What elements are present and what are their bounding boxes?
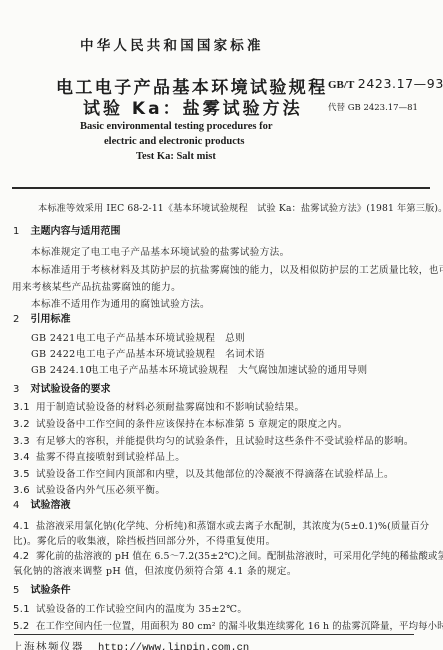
clause-item: 3.3有足够大的容积，并能提供均匀的试验条件，且试验时这些条件不受试验样品的影响… — [13, 433, 414, 447]
section-title: 主题内容与适用范围 — [30, 226, 120, 237]
section-2-heading: 2 引用标准 — [13, 310, 70, 325]
section-number: 5 — [13, 585, 27, 596]
clause-text: 试验设备中工作空间的条件应该保持在本标准第 5 章规定的限度之内。 — [36, 419, 348, 430]
paragraph-continuation: 用来考核某些产品抗盐雾腐蚀的能力。 — [12, 279, 181, 293]
clause-continuation: 氧化钠的溶液来调整 pH 值，但浓度仍须符合第 4.1 条的规定。 — [13, 563, 297, 577]
section-title: 对试验设备的要求 — [30, 384, 110, 395]
reference-item: GB 2422电工电子产品基本环境试验规程 名词术语 — [31, 346, 265, 360]
section-3-heading: 3 对试验设备的要求 — [13, 380, 110, 395]
section-5-heading: 5 试验条件 — [13, 581, 70, 596]
section-4-heading: 4 试验溶液 — [13, 496, 70, 511]
clause-number: 3.1 — [13, 402, 36, 413]
clause-text: 盐雾不得直接喷射到试验样品上。 — [36, 452, 185, 463]
clause-number: 4.2 — [13, 551, 36, 562]
clause-text: 在工作空间内任一位置，用面积为 80 cm² 的漏斗收集连续雾化 16 h 的盐… — [36, 621, 443, 632]
footer: 上海林频仪器http://www,linpin.com.cn — [12, 639, 249, 650]
clause-item: 3.5试验设备工作空间内顶部和内壁，以及其他部位的冷凝液不得滴落在试验样品上。 — [13, 466, 394, 480]
footer-brand: 上海林频仪器 — [12, 641, 84, 650]
clause-item: 3.2试验设备中工作空间的条件应该保持在本标准第 5 章规定的限度之内。 — [13, 416, 348, 430]
clause-text: 试验设备内外气压必须平衡。 — [36, 485, 165, 496]
reference-code: GB 2422 — [31, 349, 76, 360]
reference-title: 电工电子产品基本环境试验规程 总则 — [76, 333, 245, 344]
section-number: 3 — [13, 384, 27, 395]
reference-item: GB 2421电工电子产品基本环境试验规程 总则 — [31, 330, 245, 344]
reference-code: GB 2421 — [31, 333, 76, 344]
issuing-authority: 中华人民共和国国家标准 — [0, 34, 443, 54]
english-title-line-3: Test Ka: Salt mist — [136, 151, 216, 162]
clause-number: 5.2 — [13, 621, 36, 632]
clause-number: 4.1 — [13, 521, 36, 532]
clause-text: 盐溶液采用氯化钠(化学纯、分析纯)和蒸馏水或去离子水配制，其浓度为(5±0.1)… — [36, 521, 429, 532]
paragraph: 本标准不适用作为通用的腐蚀试验方法。 — [31, 296, 210, 310]
clause-number: 3.5 — [13, 469, 36, 480]
section-title: 试验溶液 — [30, 500, 70, 511]
standard-prefix: GB/T — [328, 79, 354, 91]
clause-number: 5.1 — [13, 604, 36, 615]
clause-text: 试验设备工作空间内顶部和内壁，以及其他部位的冷凝液不得滴落在试验样品上。 — [36, 469, 394, 480]
document-title-line-2: 试验 Ka：盐雾试验方法 — [83, 94, 303, 119]
section-number: 4 — [13, 500, 27, 511]
reference-title: 电工电子产品基本环境试验规程 名词术语 — [76, 349, 265, 360]
clause-item: 3.4盐雾不得直接喷射到试验样品上。 — [13, 449, 185, 463]
english-title-line-1: Basic environmental testing procedures f… — [80, 121, 273, 132]
reference-code: GB 2424.10 — [31, 365, 89, 376]
standard-number: 2423.17—93 — [358, 76, 443, 91]
reference-title: 电工电子产品基本环境试验规程 大气腐蚀加速试验的通用导则 — [89, 365, 367, 376]
footer-url[interactable]: http://www,linpin.com.cn — [98, 642, 249, 650]
header-divider — [12, 187, 430, 189]
clause-continuation: 比)。雾化后的收集液，除挡板挡回部分外，不得重复使用。 — [13, 533, 276, 547]
clause-item: 4.2雾化前的盐溶液的 pH 值在 6.5～7.2(35±2℃)之间。配制盐溶液… — [13, 548, 443, 562]
clause-number: 3.6 — [13, 485, 36, 496]
replaces-standard: 代替 GB 2423.17—81 — [328, 101, 418, 113]
clause-text: 雾化前的盐溶液的 pH 值在 6.5～7.2(35±2℃)之间。配制盐溶液时，可… — [36, 551, 443, 562]
standard-code: GB/T 2423.17—93 — [328, 76, 443, 91]
section-1-heading: 1 主题内容与适用范围 — [13, 222, 120, 237]
clause-item: 3.1用于制造试验设备的材料必须耐盐雾腐蚀和不影响试验结果。 — [13, 399, 304, 413]
reference-item: GB 2424.10电工电子产品基本环境试验规程 大气腐蚀加速试验的通用导则 — [31, 362, 367, 376]
clause-text: 试验设备的工作试验空间内的温度为 35±2℃。 — [36, 604, 247, 615]
clause-number: 3.3 — [13, 436, 36, 447]
clause-item: 5.2在工作空间内任一位置，用面积为 80 cm² 的漏斗收集连续雾化 16 h… — [13, 618, 443, 632]
section-number: 2 — [13, 314, 27, 325]
clause-text: 有足够大的容积，并能提供均匀的试验条件，且试验时这些条件不受试验样品的影响。 — [36, 436, 414, 447]
paragraph: 本标准适用于考核材料及其防护层的抗盐雾腐蚀的能力，以及相似防护层的工艺质量比较，… — [31, 262, 443, 276]
clause-item: 3.6试验设备内外气压必须平衡。 — [13, 482, 165, 496]
adoption-note: 本标准等效采用 IEC 68-2-11《基本环境试验规程 试验 Ka：盐雾试验方… — [38, 200, 443, 214]
clause-number: 3.2 — [13, 419, 36, 430]
footer-divider — [14, 634, 414, 635]
paragraph: 本标准规定了电工电子产品基本环境试验的盐雾试验方法。 — [31, 244, 290, 258]
english-title-line-2: electric and electronic products — [104, 136, 244, 147]
section-number: 1 — [13, 226, 27, 237]
clause-item: 5.1试验设备的工作试验空间内的温度为 35±2℃。 — [13, 601, 247, 615]
clause-text: 用于制造试验设备的材料必须耐盐雾腐蚀和不影响试验结果。 — [36, 402, 304, 413]
clause-item: 4.1盐溶液采用氯化钠(化学纯、分析纯)和蒸馏水或去离子水配制，其浓度为(5±0… — [13, 518, 429, 532]
section-title: 引用标准 — [30, 314, 70, 325]
clause-number: 3.4 — [13, 452, 36, 463]
section-title: 试验条件 — [30, 585, 70, 596]
